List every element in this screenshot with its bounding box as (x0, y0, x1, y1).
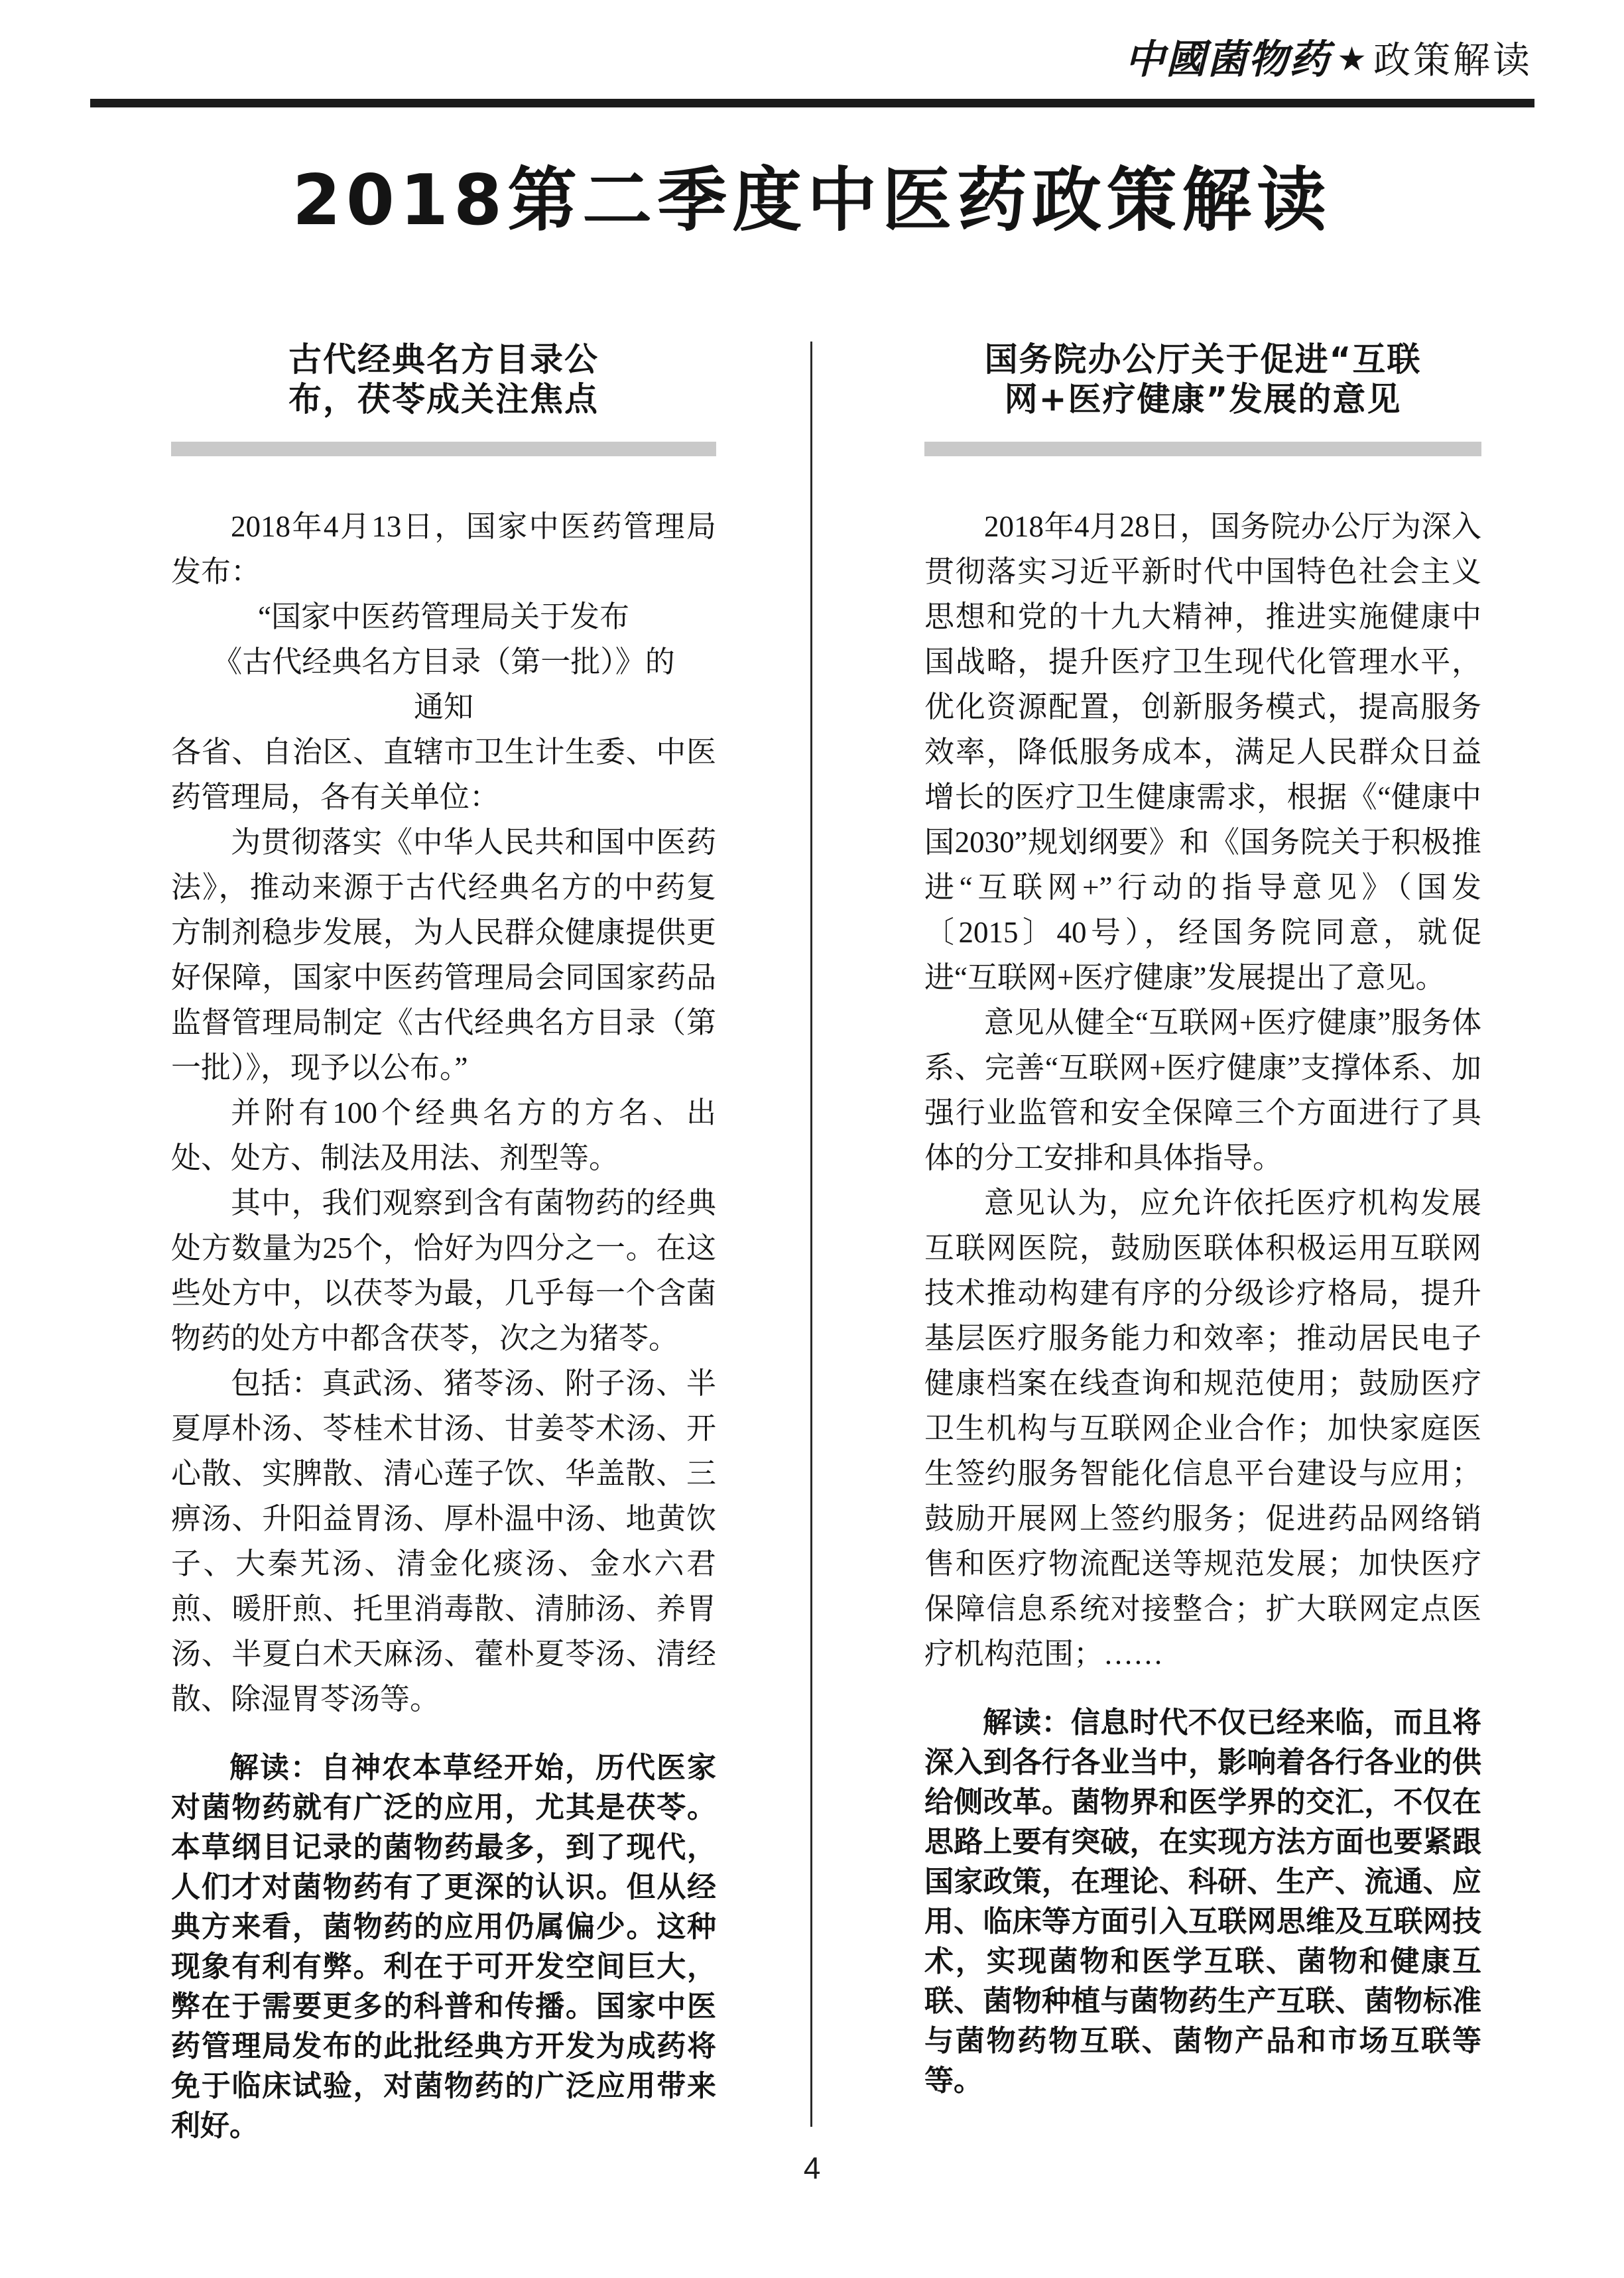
paragraph: 解读：信息时代不仅已经来临，而且将深入到各行各业当中，影响着各行各业的供给侧改革… (924, 1703, 1481, 2101)
left-article-body: 2018年4月13日，国家中医药管理局发布：“国家中医药管理局关于发布《古代经典… (171, 504, 716, 2146)
column-divider (810, 342, 812, 2127)
right-heading-underbar (924, 442, 1481, 456)
paragraph: 各省、自治区、直辖市卫生计生委、中医药管理局，各有关单位： (171, 729, 716, 820)
right-article-body: 2018年4月28日，国务院办公厅为深入贯彻落实习近平新时代中国特色社会主义思想… (924, 504, 1481, 2101)
paragraph: 解读：自神农本草经开始，历代医家对菌物药就有广泛的应用，尤其是茯苓。本草纲目记录… (171, 1748, 716, 2146)
paragraph: 为贯彻落实《中华人民共和国中医药法》，推动来源于古代经典名方的中药复方制剂稳步发… (171, 820, 716, 1090)
paragraph: 并附有100个经典名方的方名、出处、处方、制法及用法、剂型等。 (171, 1090, 716, 1180)
paragraph: 2018年4月13日，国家中医药管理局发布： (171, 504, 716, 594)
paragraph: 意见认为，应允许依托医疗机构发展互联网医院，鼓励医联体积极运用互联网技术推动构建… (924, 1180, 1481, 1677)
running-head: 中國菌物药 ★ 政策解读 (1125, 28, 1532, 85)
heading-line: 布，茯苓成关注焦点 (171, 379, 716, 419)
left-heading-underbar (171, 442, 716, 456)
paragraph: 意见从健全“互联网+医疗健康”服务体系、完善“互联网+医疗健康”支撑体系、加强行… (924, 1000, 1481, 1180)
header-rule (90, 99, 1534, 107)
journal-name: 中國菌物药 (1125, 28, 1330, 85)
heading-line: 古代经典名方目录公 (171, 340, 716, 379)
section-label: 政策解读 (1373, 31, 1532, 84)
paragraph: 2018年4月28日，国务院办公厅为深入贯彻落实习近平新时代中国特色社会主义思想… (924, 504, 1481, 1000)
paragraph: 《古代经典名方目录（第一批）》的 (171, 639, 716, 684)
paragraph: 包括：真武汤、猪苓汤、附子汤、半夏厚朴汤、苓桂术甘汤、甘姜苓术汤、开心散、实脾散… (171, 1361, 716, 1722)
left-article-heading: 古代经典名方目录公布，茯苓成关注焦点 (171, 340, 716, 419)
paragraph: 其中，我们观察到含有菌物药的经典处方数量为25个，恰好为四分之一。在这些处方中，… (171, 1180, 716, 1361)
heading-line: 国务院办公厅关于促进“互联 (924, 340, 1481, 379)
magazine-page: 中國菌物药 ★ 政策解读 2018第二季度中医药政策解读 古代经典名方目录公布，… (0, 0, 1624, 2278)
paragraph: “国家中医药管理局关于发布 (171, 594, 716, 639)
paragraph: 通知 (171, 684, 716, 729)
left-article: 古代经典名方目录公布，茯苓成关注焦点 2018年4月13日，国家中医药管理局发布… (171, 340, 716, 2146)
star-icon: ★ (1337, 40, 1367, 78)
page-number: 4 (0, 2150, 1624, 2186)
heading-line: 网+医疗健康”发展的意见 (924, 379, 1481, 419)
right-article-heading: 国务院办公厅关于促进“互联网+医疗健康”发展的意见 (924, 340, 1481, 419)
right-article: 国务院办公厅关于促进“互联网+医疗健康”发展的意见 2018年4月28日，国务院… (924, 340, 1481, 2101)
page-title: 2018第二季度中医药政策解读 (0, 160, 1624, 240)
